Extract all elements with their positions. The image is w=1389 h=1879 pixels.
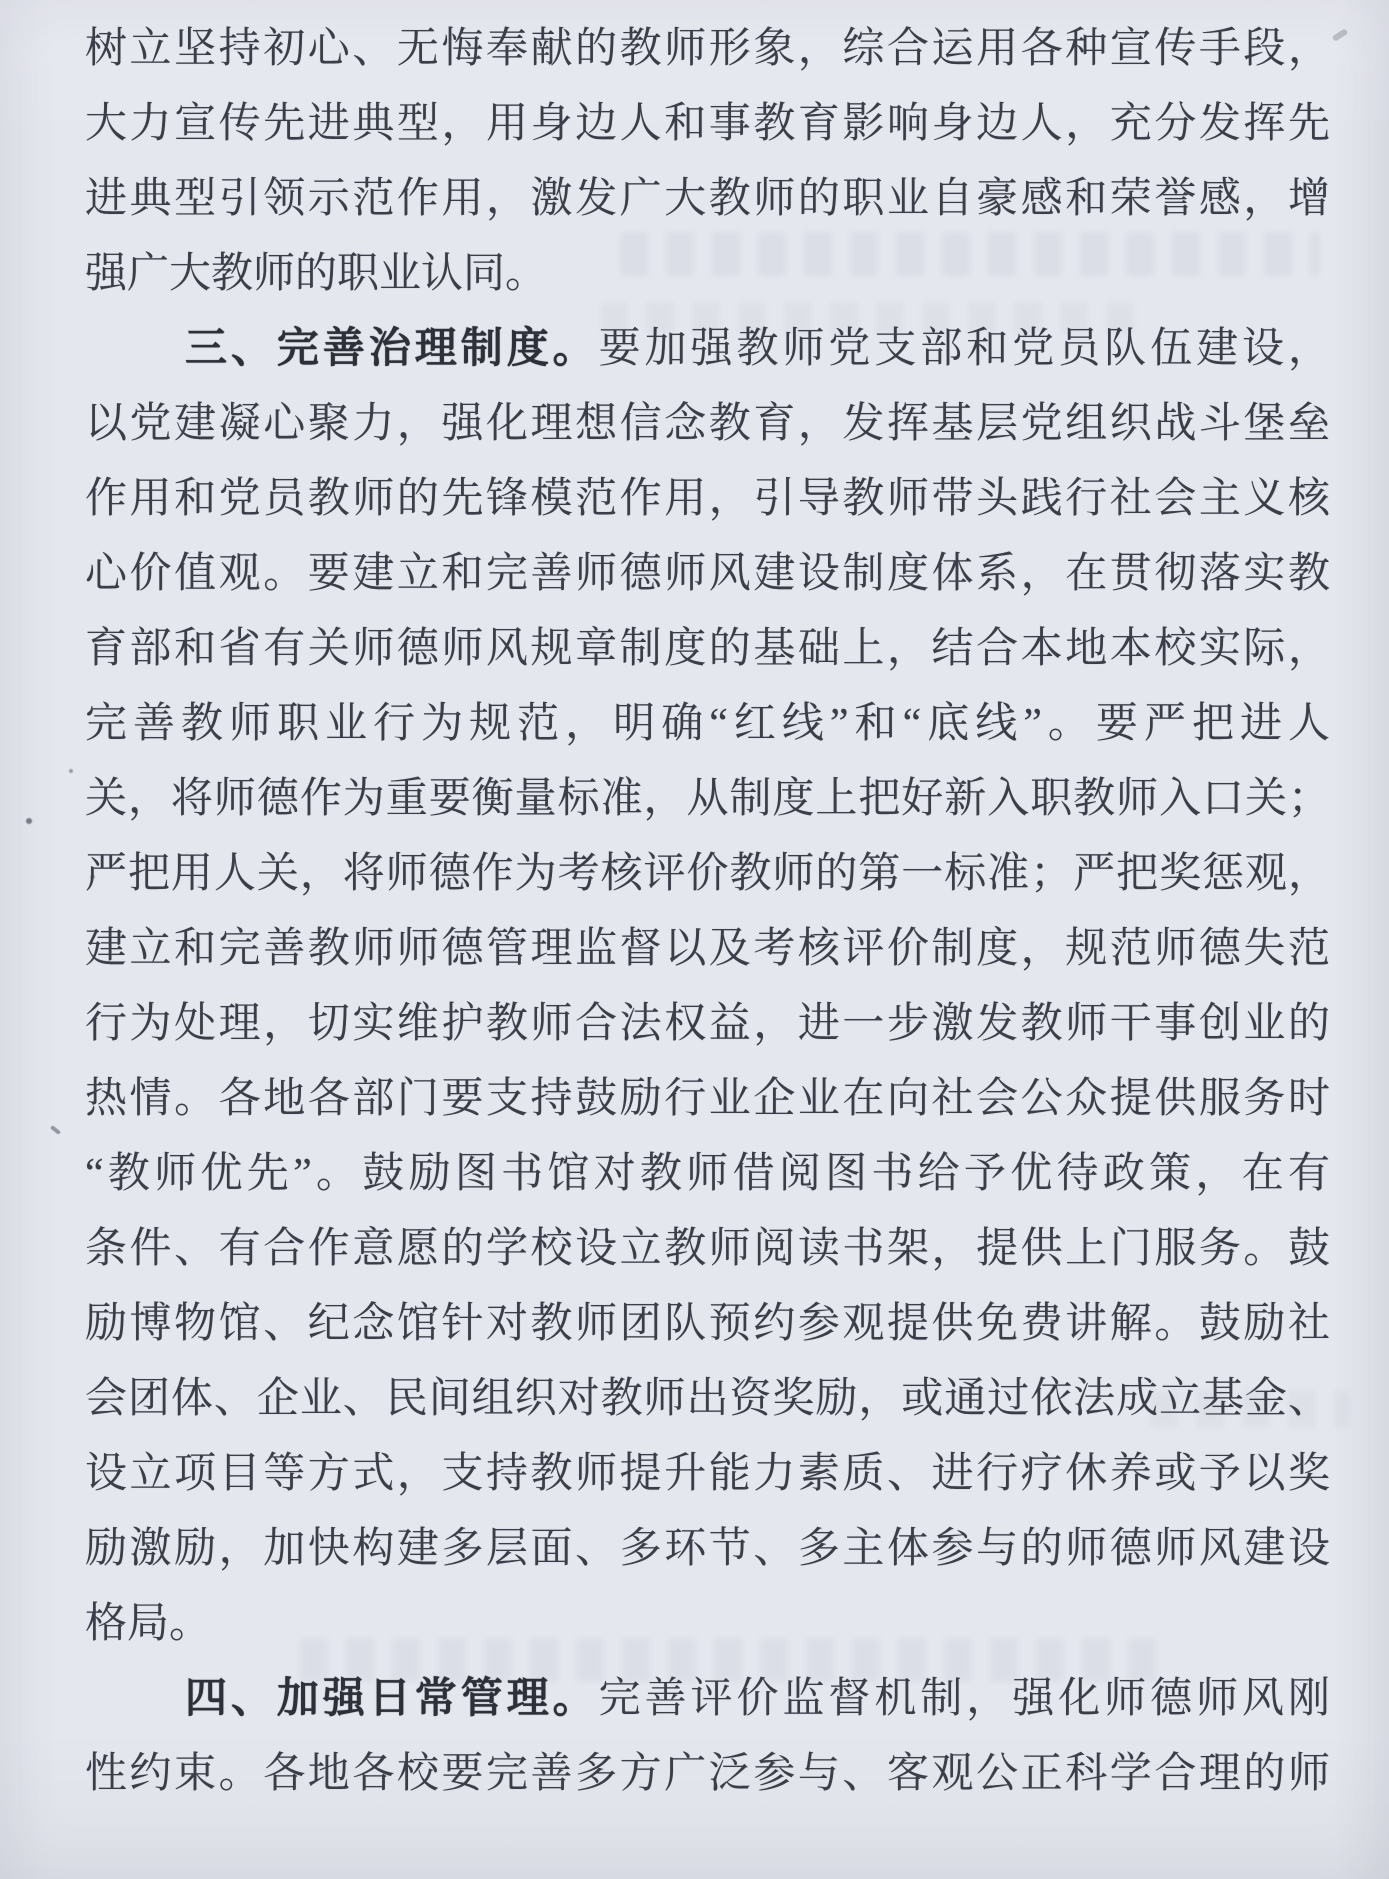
text-line-11: 关，将师德作为重要衡量标准，从制度上把好新入职教师入口关； — [85, 762, 1330, 837]
text-line-9: 育部和省有关师德师风规章制度的基础上，结合本地本校实际， — [85, 612, 1330, 687]
ink-mark — [1332, 28, 1349, 42]
text-line-15: 热情。各地各部门要支持鼓励行业企业在向社会公众提供服务时 — [85, 1062, 1330, 1137]
text-line-12: 严把用人关，将师德作为考核评价教师的第一标准；严把奖惩观， — [85, 837, 1330, 912]
text-line-18: 励博物馆、纪念馆针对教师团队预约参观提供免费讲解。鼓励社 — [85, 1287, 1330, 1362]
ink-speck — [69, 769, 73, 773]
section-3-heading: 三、完善治理制度。 — [185, 326, 599, 372]
text-line-3: 进典型引领示范作用，激发广大教师的职业自豪感和荣誉感，增 — [85, 162, 1330, 237]
text-line-7: 作用和党员教师的先锋模范作用，引导教师带头践行社会主义核 — [85, 462, 1330, 537]
text-line-14: 行为处理，切实维护教师合法权益，进一步激发教师干事创业的 — [85, 987, 1330, 1062]
text-line-6: 以党建凝心聚力，强化理想信念教育，发挥基层党组织战斗堡垒 — [85, 387, 1330, 462]
text-line-21: 励激励，加快构建多层面、多环节、多主体参与的师德师风建设 — [85, 1512, 1330, 1587]
text-line-10: 完善教师职业行为规范，明确“红线”和“底线”。要严把进人 — [85, 687, 1330, 762]
text-line-2: 大力宣传先进典型，用身边人和事教育影响身边人，充分发挥先 — [85, 87, 1330, 162]
text-line-5: 三、完善治理制度。要加强教师党支部和党员队伍建设， — [85, 312, 1330, 387]
section-4-heading: 四、加强日常管理。 — [185, 1676, 599, 1722]
text-line-20: 设立项目等方式，支持教师提升能力素质、进行疗休养或予以奖 — [85, 1437, 1330, 1512]
text-line-23: 四、加强日常管理。完善评价监督机制，强化师德师风刚 — [85, 1662, 1330, 1737]
text-line-1: 树立坚持初心、无悔奉献的教师形象，综合运用各种宣传手段， — [85, 12, 1330, 87]
ink-mark — [50, 1125, 61, 1135]
text-line-17: 条件、有合作意愿的学校设立教师阅读书架，提供上门服务。鼓 — [85, 1212, 1330, 1287]
ink-speck — [26, 818, 32, 824]
text-line-24: 性约束。各地各校要完善多方广泛参与、客观公正科学合理的师 — [85, 1737, 1330, 1812]
text-line-22: 格局。 — [85, 1587, 1330, 1662]
text-line-16: “教师优先”。鼓励图书馆对教师借阅图书给予优待政策，在有 — [85, 1137, 1330, 1212]
text-line-19: 会团体、企业、民间组织对教师出资奖励，或通过依法成立基金、 — [85, 1362, 1330, 1437]
scanned-document-page: 树立坚持初心、无悔奉献的教师形象，综合运用各种宣传手段， 大力宣传先进典型，用身… — [0, 0, 1389, 1879]
text-line-4: 强广大教师的职业认同。 — [85, 237, 1330, 312]
text-line-13: 建立和完善教师师德管理监督以及考核评价制度，规范师德失范 — [85, 912, 1330, 987]
text-line-8: 心价值观。要建立和完善师德师风建设制度体系，在贯彻落实教 — [85, 537, 1330, 612]
document-text-block: 树立坚持初心、无悔奉献的教师形象，综合运用各种宣传手段， 大力宣传先进典型，用身… — [85, 12, 1330, 1812]
